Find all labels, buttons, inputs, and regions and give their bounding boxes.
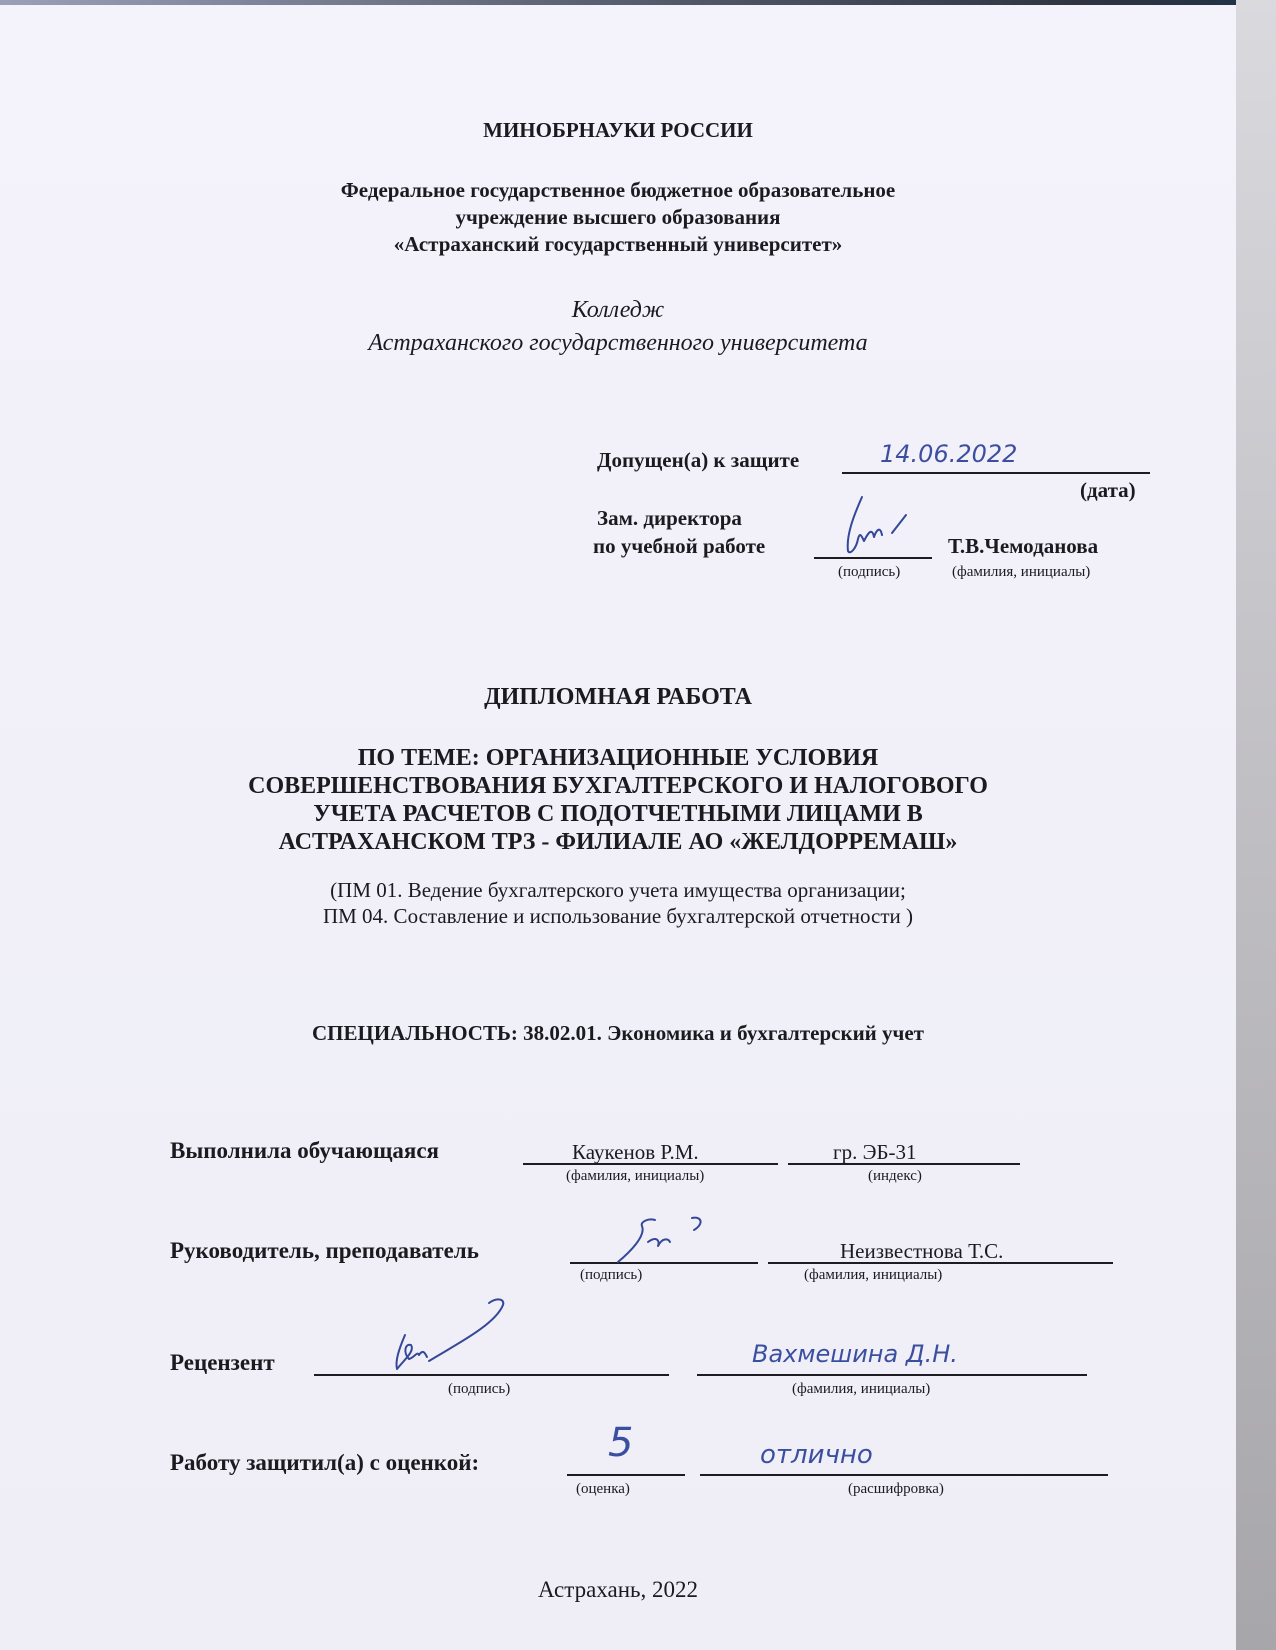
document-type: ДИПЛОМНАЯ РАБОТА xyxy=(0,684,1236,711)
institution-line-3: «Астраханский государственный университе… xyxy=(0,232,1236,257)
modules-line-1: (ПМ 01. Ведение бухгалтерского учета иму… xyxy=(0,878,1236,903)
reviewer-name-line xyxy=(697,1374,1087,1376)
grade-text-line xyxy=(700,1474,1108,1476)
grade-line xyxy=(567,1474,685,1476)
institution-line-1: Федеральное государственное бюджетное об… xyxy=(0,178,1236,203)
grade-text-caption: (расшифровка) xyxy=(848,1481,944,1498)
position-line-2: по учебной работе xyxy=(593,534,765,559)
supervisor-label: Руководитель, преподаватель xyxy=(170,1238,479,1264)
director-signature-caption: (подпись) xyxy=(838,564,900,581)
reviewer-name-caption: (фамилия, инициалы) xyxy=(792,1381,930,1398)
admitted-date-line xyxy=(842,472,1150,474)
student-group: гр. ЭБ-31 xyxy=(833,1140,917,1165)
topic-line-2: СОВЕРШЕНСТВОВАНИЯ БУХГАЛТЕРСКОГО И НАЛОГ… xyxy=(0,773,1236,800)
reviewer-signature xyxy=(385,1295,525,1380)
student-name-caption: (фамилия, инициалы) xyxy=(566,1168,704,1185)
institution-line-2: учреждение высшего образования xyxy=(0,205,1236,230)
director-signature-line xyxy=(814,557,932,559)
topic-line-4: АСТРАХАНСКОМ ТРЗ - ФИЛИАЛЕ АО «ЖЕЛДОРРЕМ… xyxy=(0,829,1236,856)
grade-text: отлично xyxy=(760,1440,873,1470)
scan-right-edge xyxy=(1236,0,1276,1650)
director-name: Т.В.Чемоданова xyxy=(948,534,1098,559)
reviewer-signature-caption: (подпись) xyxy=(448,1381,510,1398)
supervisor-signature-caption: (подпись) xyxy=(580,1267,642,1284)
date-caption: (дата) xyxy=(1080,478,1136,503)
position-line-1: Зам. директора xyxy=(597,506,742,531)
city-year: Астрахань, 2022 xyxy=(0,1577,1236,1603)
director-name-caption: (фамилия, инициалы) xyxy=(952,564,1090,581)
grade-value: 5 xyxy=(608,1420,633,1466)
student-label: Выполнила обучающаяся xyxy=(170,1138,439,1164)
reviewer-label: Рецензент xyxy=(170,1350,275,1376)
supervisor-signature xyxy=(600,1212,730,1272)
supervisor-name: Неизвестнова Т.С. xyxy=(840,1239,1003,1264)
scan-top-edge xyxy=(0,0,1276,5)
student-name: Каукенов Р.М. xyxy=(572,1140,699,1165)
defense-label: Работу защитил(а) с оценкой: xyxy=(170,1450,479,1476)
reviewer-name: Вахмешина Д.Н. xyxy=(752,1340,958,1368)
admitted-date: 14.06.2022 xyxy=(880,440,1017,468)
ministry-heading: МИНОБРНАУКИ РОССИИ xyxy=(0,118,1236,143)
director-signature xyxy=(832,495,922,557)
admitted-label: Допущен(а) к защите xyxy=(597,448,799,473)
college-line-1: Колледж xyxy=(0,297,1236,324)
college-line-2: Астраханского государственного университ… xyxy=(0,330,1236,357)
modules-line-2: ПМ 04. Составление и использование бухга… xyxy=(0,904,1236,929)
supervisor-name-caption: (фамилия, инициалы) xyxy=(804,1267,942,1284)
topic-line-3: УЧЕТА РАСЧЕТОВ С ПОДОТЧЕТНЫМИ ЛИЦАМИ В xyxy=(0,801,1236,828)
topic-line-1: ПО ТЕМЕ: ОРГАНИЗАЦИОННЫЕ УСЛОВИЯ xyxy=(0,745,1236,772)
specialty: СПЕЦИАЛЬНОСТЬ: 38.02.01. Экономика и бух… xyxy=(0,1021,1236,1046)
grade-caption: (оценка) xyxy=(576,1481,630,1498)
student-group-caption: (индекс) xyxy=(868,1168,922,1185)
